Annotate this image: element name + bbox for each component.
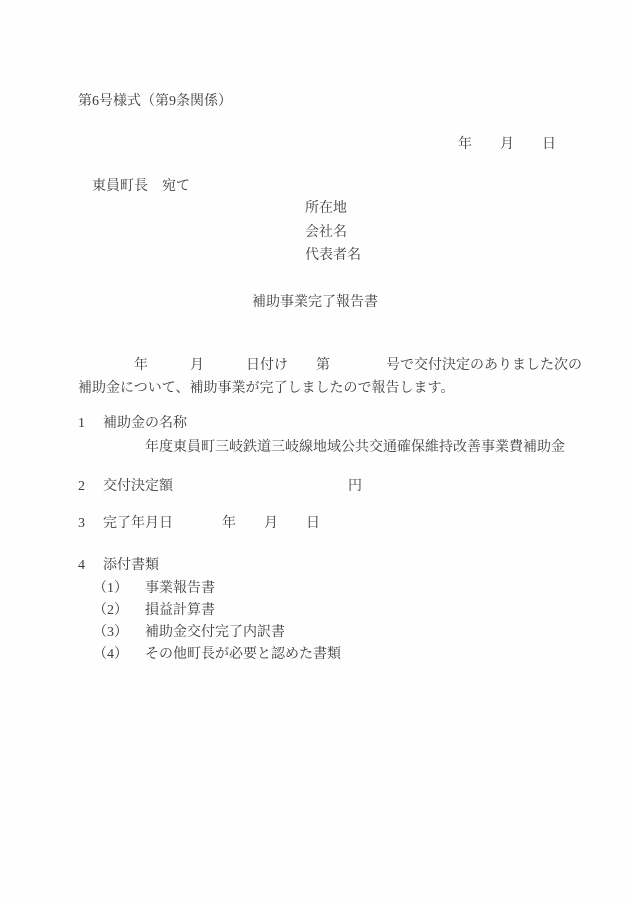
item-3-number: 3: [78, 517, 85, 531]
form-number: 第6号様式（第9条関係）: [78, 95, 232, 109]
item-1-number: 1: [78, 417, 85, 431]
attachment-item-1: （1） 事業報告書: [93, 582, 513, 600]
item-attachments: 4 添付書類: [78, 559, 578, 577]
completion-date-placeholder: 年 月 日: [222, 517, 320, 531]
item-3-label: 完了年月日: [103, 517, 173, 531]
attachment-item-2: （2） 損益計算書: [93, 604, 513, 622]
attachment-1-number: （1）: [93, 582, 128, 596]
yen-unit-label: 円: [348, 480, 362, 494]
sender-company-label: 会社名: [305, 226, 347, 240]
document-page: 第6号様式（第9条関係） 年 月 日 東員町長 宛て 所在地 会社名 代表者名 …: [0, 0, 630, 903]
item-subsidy-name: 1 補助金の名称: [78, 417, 578, 435]
body-line-1: 年 月 日付け 第 号で交付決定のありました次の: [78, 359, 582, 373]
subsidy-name-detail: 年度東員町三岐鉄道三岐線地域公共交通確保維持改善事業費補助金: [145, 441, 565, 455]
item-4-number: 4: [78, 559, 85, 573]
item-2-label: 交付決定額: [103, 480, 173, 494]
sender-location-label: 所在地: [305, 202, 347, 216]
sender-representative-label: 代表者名: [305, 249, 361, 263]
attachment-item-3: （3） 補助金交付完了内訳書: [93, 626, 513, 644]
date-line: 年 月 日: [458, 138, 556, 152]
attachment-4-number: （4）: [93, 648, 128, 662]
document-title: 補助事業完了報告書: [0, 296, 630, 310]
body-line-2: 補助金について、補助事業が完了しましたので報告します。: [78, 382, 454, 396]
attachment-3-number: （3）: [93, 626, 128, 640]
addressee-line: 東員町長 宛て: [92, 180, 190, 194]
item-2-number: 2: [78, 480, 85, 494]
attachment-4-text: その他町長が必要と認めた書類: [145, 648, 341, 662]
attachment-1-text: 事業報告書: [145, 582, 215, 596]
item-completion-date: 3 完了年月日 年 月 日: [78, 517, 578, 535]
attachment-item-4: （4） その他町長が必要と認めた書類: [93, 648, 513, 666]
attachment-3-text: 補助金交付完了内訳書: [145, 626, 285, 640]
item-1-label: 補助金の名称: [103, 417, 187, 431]
attachment-2-number: （2）: [93, 604, 128, 618]
attachment-2-text: 損益計算書: [145, 604, 215, 618]
item-grant-amount: 2 交付決定額 円: [78, 480, 578, 498]
item-4-label: 添付書類: [103, 559, 159, 573]
